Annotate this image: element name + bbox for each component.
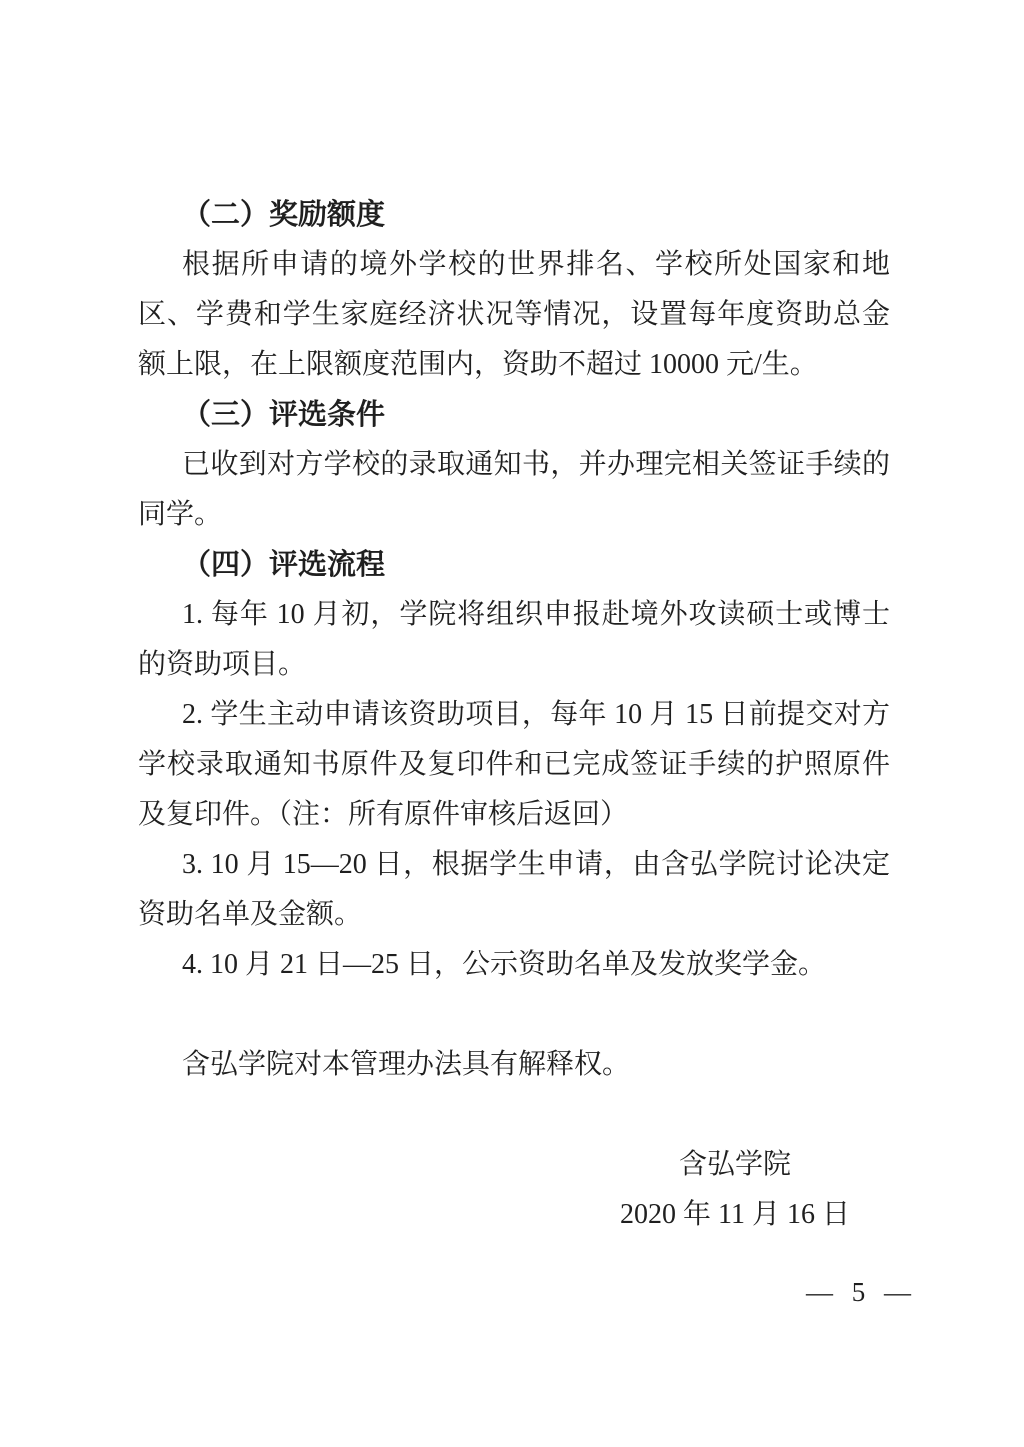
list-item-step-2: 2. 学生主动申请该资助项目，每年 10 月 15 日前提交对方学校录取通知书原… <box>138 690 890 840</box>
signature-block: 含弘学院 2020 年 11 月 16 日 <box>560 1140 910 1240</box>
section-heading-award-amount: （二）奖励额度 <box>138 190 890 240</box>
signature-date: 2020 年 11 月 16 日 <box>560 1190 910 1240</box>
list-item-step-3: 3. 10 月 15—20 日，根据学生申请，由含弘学院讨论决定资助名单及金额。 <box>138 840 890 940</box>
list-item-step-4: 4. 10 月 21 日—25 日，公示资助名单及发放奖学金。 <box>138 940 890 990</box>
document-page: （二）奖励额度 根据所申请的境外学校的世界排名、学校所处国家和地区、学费和学生家… <box>0 0 1024 1447</box>
paragraph-selection-criteria: 已收到对方学校的录取通知书，并办理完相关签证手续的同学。 <box>138 440 890 540</box>
document-body: （二）奖励额度 根据所申请的境外学校的世界排名、学校所处国家和地区、学费和学生家… <box>138 190 890 1240</box>
page-number: — 5 — <box>806 1272 917 1312</box>
section-heading-selection-criteria: （三）评选条件 <box>138 390 890 440</box>
closing-statement: 含弘学院对本管理办法具有解释权。 <box>138 1040 890 1090</box>
paragraph-award-amount: 根据所申请的境外学校的世界排名、学校所处国家和地区、学费和学生家庭经济状况等情况… <box>138 240 890 390</box>
section-heading-selection-process: （四）评选流程 <box>138 540 890 590</box>
list-item-step-1: 1. 每年 10 月初，学院将组织申报赴境外攻读硕士或博士的资助项目。 <box>138 590 890 690</box>
signature-name: 含弘学院 <box>560 1140 910 1190</box>
